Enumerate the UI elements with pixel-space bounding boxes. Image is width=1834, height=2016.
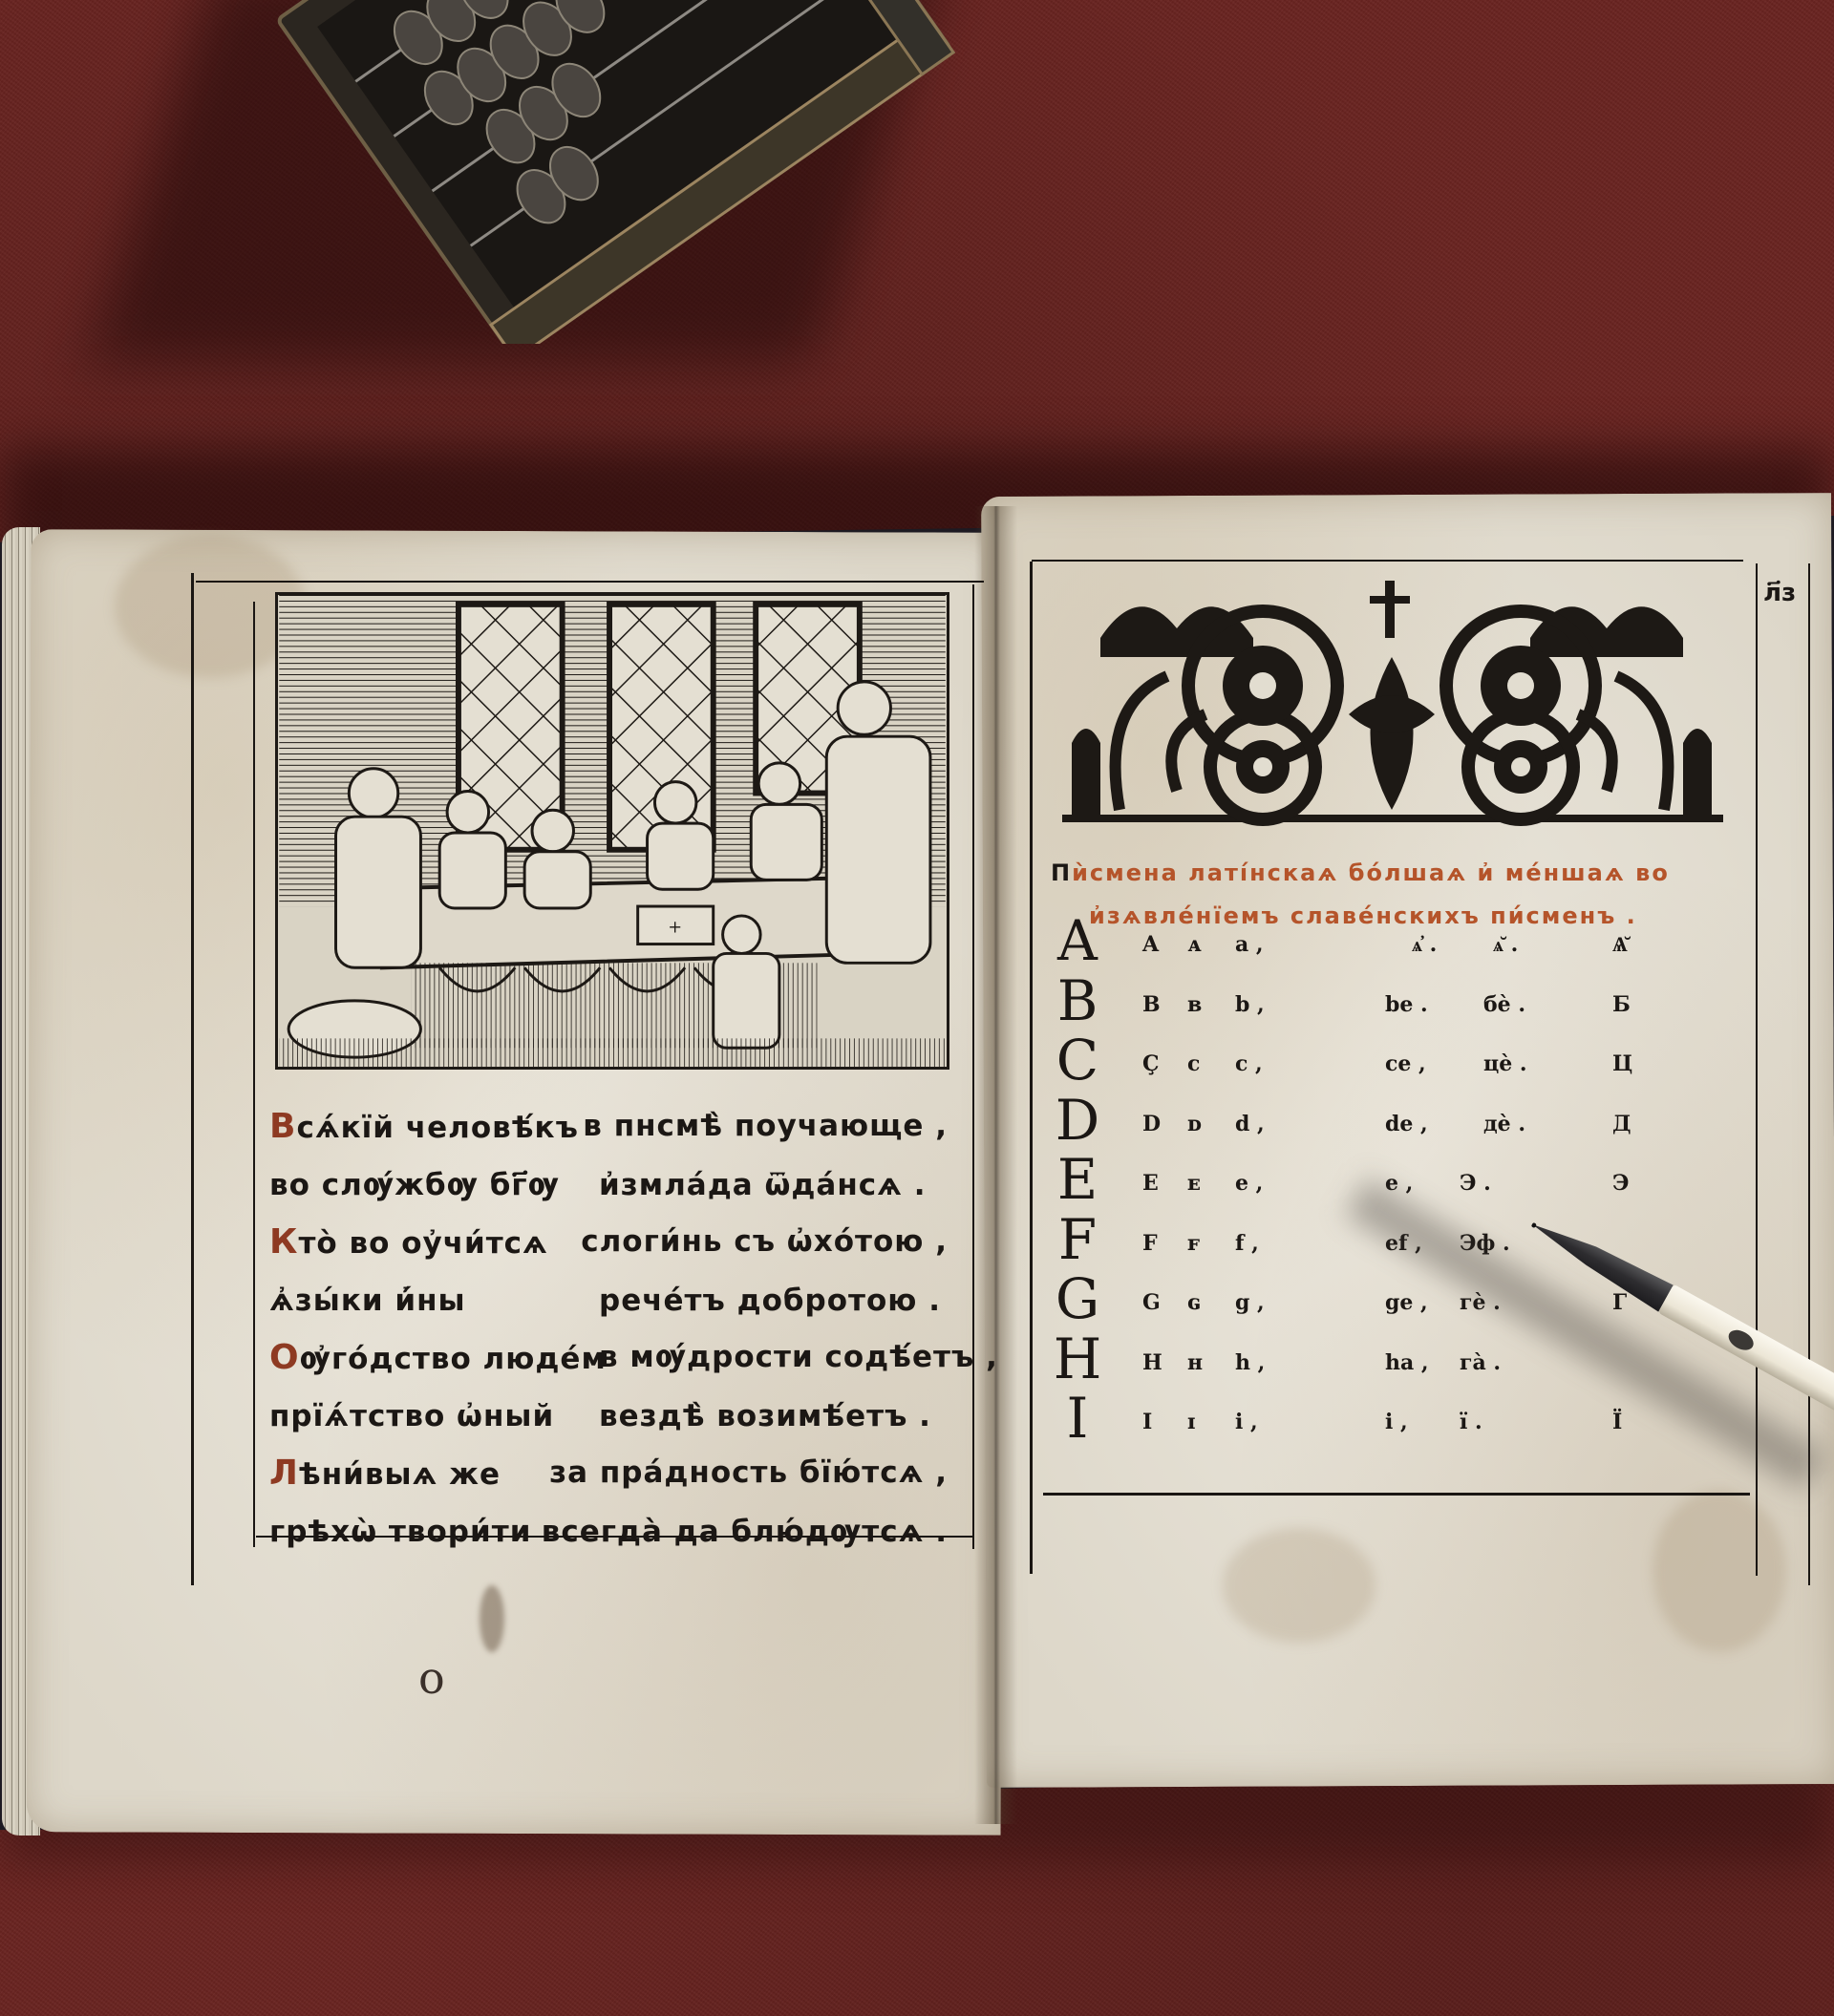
verse-line: Оѹ҆го́дство люде́м в мѹ́дрости содѣ́етъ …	[269, 1329, 948, 1389]
right-page-bottom-rule	[1043, 1493, 1750, 1496]
woodcut-illustration: +	[275, 592, 949, 1070]
abacus-icon	[277, 0, 1060, 344]
alphabet-row: I I ɪ i , i , ї . Ї	[1049, 1396, 1717, 1456]
alphabet-row: A A ᴀ a , ѧ҆ . ѧ̆ . Ѧ̆	[1049, 919, 1717, 979]
red-initial: К	[269, 1222, 298, 1262]
alphabet-row: C Ç c c , ce , цѐ . Ц	[1049, 1038, 1717, 1098]
handwritten-mark: о	[418, 1652, 445, 1704]
verse-text: Всѧ́кїй человѣ́къ в пнсмѣ̀ поучающе , во…	[269, 1098, 948, 1560]
verse-line: Лѣни́выѧ же за пра́дность бїю́тсѧ ,	[269, 1445, 948, 1504]
alphabet-row: D D ᴅ d , de , дѐ . Д	[1049, 1098, 1717, 1158]
classroom-scene-icon: +	[278, 595, 947, 1067]
alphabet-row: B B ʙ b , be . бѐ . Б	[1049, 979, 1717, 1039]
right-page-outer-frame-line	[1808, 563, 1810, 1585]
page-number: л҃з	[1763, 579, 1796, 607]
verse-line: ѧ҆зы́ки и҆́ны рече́тъ добротою .	[269, 1273, 948, 1330]
top-frame-line	[196, 581, 984, 583]
verse-line: во слѹ́жбѹ бг҃ѹ и҆змла́да ѿда́нсѧ .	[269, 1157, 948, 1215]
heading-line-1: Пѝсмена латі́нскаѧ бо́лшаѧ и҆ ме́ншаѧ во	[1051, 852, 1738, 895]
left-frame-line	[191, 573, 194, 1585]
red-initial: Л	[269, 1454, 299, 1493]
ornamental-headpiece	[1062, 571, 1723, 827]
svg-text:+: +	[668, 918, 682, 938]
abacus	[277, 0, 1060, 344]
verse-line: прїѧ́тство ѡ҆ный вездѣ̀ возимѣ́етъ .	[269, 1389, 948, 1446]
floral-ornament-icon	[1062, 571, 1723, 827]
right-page-top-frame-line	[1032, 560, 1743, 562]
verse-line: Кто̀ во оу҆чи́тсѧ слоги́нь съ ѡ҆хо́тою ,	[269, 1214, 948, 1273]
right-page-left-frame-line	[1030, 562, 1033, 1574]
book-gutter	[974, 506, 1017, 1824]
inner-frame-line	[253, 602, 255, 1547]
verse-line: Всѧ́кїй человѣ́къ в пнсмѣ̀ поучающе ,	[269, 1098, 948, 1157]
ink-blot	[480, 1585, 504, 1652]
red-initial: В	[269, 1107, 296, 1146]
red-initial: О	[269, 1338, 300, 1377]
stain	[1653, 1490, 1786, 1652]
right-frame-line	[972, 584, 974, 1549]
verse-line: грѣхѡ̀ твори́ти всегда̀ да блю́дѹтсѧ .	[269, 1504, 948, 1561]
stain	[1223, 1528, 1375, 1643]
